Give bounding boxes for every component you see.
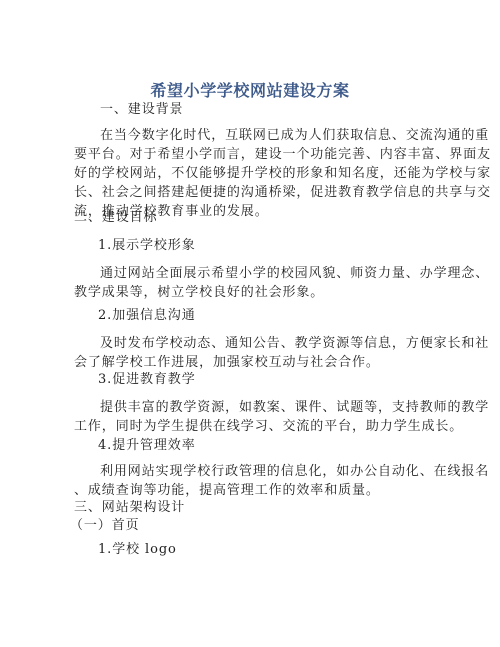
goal-paragraph-4: 利用网站实现学校行政管理的信息化，如办公自动化、在线报名 、成绩查询等功能，提高… [74,462,418,500]
goal-heading-1: 1.展示学校形象 [98,236,442,255]
background-paragraph: 在当今数字化时代，互联网已成为人们获取信息、交流沟通的重 要平台。对于希望小学而… [74,126,418,221]
paragraph-line: 利用网站实现学校行政管理的信息化，如办公自动化、在线报名 [74,462,418,481]
goal-paragraph-3: 提供丰富的教学资源，如教案、课件、试题等，支持教师的教学 工作，同时为学生提供在… [74,398,418,436]
paragraph-line: 及时发布学校动态、通知公告、教学资源等信息，方便家长和社 [74,334,418,353]
subsection-heading-homepage: （一）首页 [70,516,414,535]
goal-heading-2: 2.加强信息沟通 [98,306,442,325]
section-heading-background: 一、建设背景 [100,100,444,119]
homepage-item-logo: 1.学校 logo [98,540,442,559]
paragraph-line: 教学成果等，树立学校良好的社会形象。 [74,283,418,302]
paragraph-line: 好的学校网站，不仅能够提升学校的形象和知名度，还能为学校与家 [74,164,418,183]
goal-heading-3: 3.促进教育教学 [98,370,442,389]
goal-paragraph-1: 通过网站全面展示希望小学的校园风貌、师资力量、办学理念、 教学成果等，树立学校良… [74,264,418,302]
document-page: 希望小学学校网站建设方案 一、建设背景 在当今数字化时代，互联网已成为人们获取信… [0,0,500,647]
section-heading-architecture: 三、网站架构设计 [74,498,418,517]
paragraph-line: 通过网站全面展示希望小学的校园风貌、师资力量、办学理念、 [74,264,418,283]
goal-heading-4: 4.提升管理效率 [98,436,442,455]
paragraph-line: 要平台。对于希望小学而言，建设一个功能完善、内容丰富、界面友 [74,145,418,164]
paragraph-line: 工作，同时为学生提供在线学习、交流的平台，助力学生成长。 [74,417,418,436]
section-heading-goals: 二、建设目标 [74,208,418,227]
document-title: 希望小学学校网站建设方案 [0,78,500,101]
paragraph-line: 长、社会之间搭建起便捷的沟通桥梁，促进教育教学信息的共享与交 [74,183,418,202]
paragraph-line: 提供丰富的教学资源，如教案、课件、试题等，支持教师的教学 [74,398,418,417]
goal-paragraph-2: 及时发布学校动态、通知公告、教学资源等信息，方便家长和社 会了解学校工作进展，加… [74,334,418,372]
paragraph-line: 在当今数字化时代，互联网已成为人们获取信息、交流沟通的重 [74,126,418,145]
